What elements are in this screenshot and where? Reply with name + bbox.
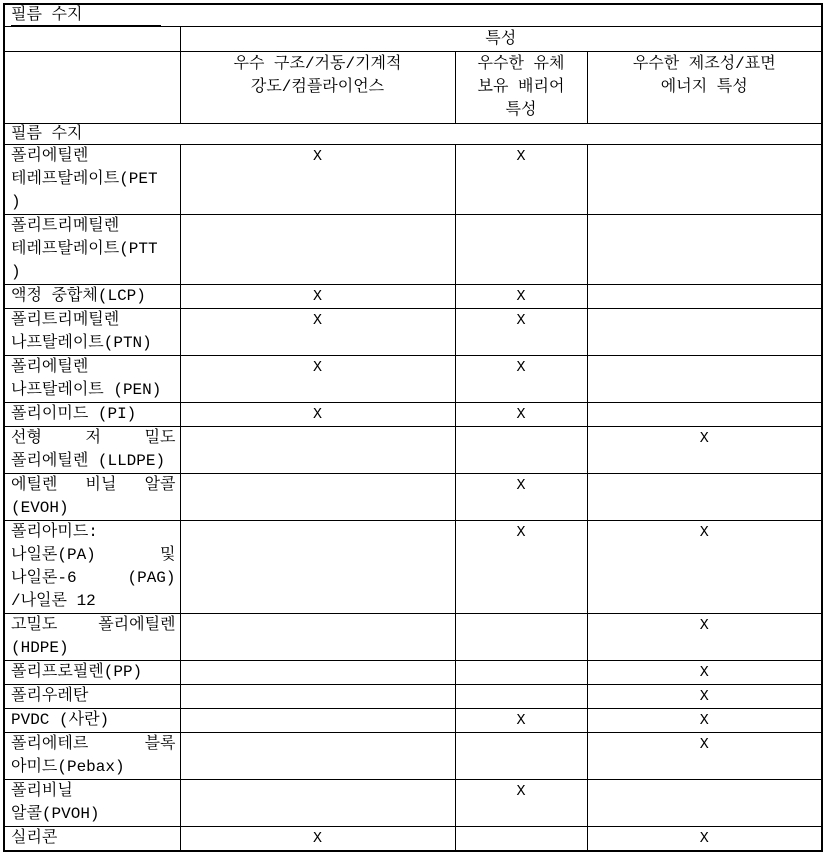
mark-cell: X — [180, 827, 455, 852]
resin-name-line: 고밀도 폴리에틸렌 — [11, 614, 176, 637]
resin-name-cell: 폴리프로필렌(PP) — [4, 661, 180, 685]
table-row: 실리콘XX — [4, 827, 822, 852]
empty-mark-cell — [180, 780, 455, 827]
empty-mark-cell — [587, 403, 822, 427]
table-row: 폴리트리메틸렌나프탈레이트(PTN)XX — [4, 309, 822, 356]
column-header-line: 우수한 제조성/표면 — [590, 53, 820, 76]
mark-cell: X — [180, 285, 455, 309]
mark-cell: X — [455, 285, 587, 309]
resin-name-cell: 폴리에틸렌나프탈레이트 (PEN) — [4, 356, 180, 403]
mark-cell: X — [587, 709, 822, 733]
column-header-line: 우수 구조/거동/기계적 — [183, 53, 453, 76]
empty-mark-cell — [587, 356, 822, 403]
empty-mark-cell — [455, 685, 587, 709]
mark-cell: X — [587, 685, 822, 709]
empty-mark-cell — [455, 661, 587, 685]
resin-name-line: 폴리에틸렌 (LLDPE) — [11, 450, 176, 473]
empty-mark-cell — [455, 733, 587, 780]
resin-name-line: /나일론 12 — [11, 590, 176, 613]
resin-name-cell: 폴리트리메틸렌나프탈레이트(PTN) — [4, 309, 180, 356]
mark-cell: X — [455, 309, 587, 356]
empty-mark-cell — [180, 474, 455, 521]
resin-name-cell: 고밀도 폴리에틸렌(HDPE) — [4, 614, 180, 661]
resin-name-cell: 에틸렌 비닐 알콜(EVOH) — [4, 474, 180, 521]
column-header-fluid-barrier: 우수한 유체보유 배리어특성 — [455, 52, 587, 124]
table-title-cell: 필름 수지 — [4, 4, 822, 27]
resin-name-line: (EVOH) — [11, 497, 176, 520]
mark-cell: X — [455, 709, 587, 733]
empty-mark-cell — [180, 521, 455, 614]
mark-cell: X — [180, 145, 455, 215]
resin-name-cell: PVDC (사란) — [4, 709, 180, 733]
resin-name-line: 폴리트리메틸렌 — [11, 215, 176, 238]
table-row: 폴리프로필렌(PP)X — [4, 661, 822, 685]
resin-name-cell: 액정 중합체(LCP) — [4, 285, 180, 309]
table-row: 폴리아미드:나일론(PA) 및나일론-6 (PAG)/나일론 12XX — [4, 521, 822, 614]
table-row: 에틸렌 비닐 알콜(EVOH)X — [4, 474, 822, 521]
column-header-structure-mechanical: 우수 구조/거동/기계적강도/컴플라이언스 — [180, 52, 455, 124]
empty-mark-cell — [587, 285, 822, 309]
empty-mark-cell — [587, 145, 822, 215]
resin-name-line: 액정 중합체(LCP) — [11, 285, 176, 308]
table-row: 폴리우레탄X — [4, 685, 822, 709]
resin-name-cell: 폴리에테르 블록아미드(Pebax) — [4, 733, 180, 780]
empty-mark-cell — [455, 427, 587, 474]
resin-name-line: 폴리트리메틸렌 — [11, 309, 176, 332]
empty-mark-cell — [455, 614, 587, 661]
mark-cell: X — [180, 356, 455, 403]
resin-name-line: 테레프탈레이트(PET — [11, 168, 176, 191]
table-title: 필름 수지 — [11, 6, 161, 26]
column-header-line: 우수한 유체 — [458, 53, 585, 76]
resin-name-line: 폴리프로필렌(PP) — [11, 661, 176, 684]
empty-mark-cell — [455, 827, 587, 852]
mark-cell: X — [455, 474, 587, 521]
section-label: 필름 수지 — [4, 124, 822, 145]
resin-name-cell: 폴리비닐알콜(PVOH) — [4, 780, 180, 827]
mark-cell: X — [455, 780, 587, 827]
table-row: 폴리에테르 블록아미드(Pebax)X — [4, 733, 822, 780]
section-row: 필름 수지 — [4, 124, 822, 145]
column-header-manufacturability-surface: 우수한 제조성/표면에너지 특성 — [587, 52, 822, 124]
mark-cell: X — [455, 356, 587, 403]
resin-name-line: PVDC (사란) — [11, 709, 176, 732]
table-row: PVDC (사란)XX — [4, 709, 822, 733]
resin-name-cell: 폴리이미드 (PI) — [4, 403, 180, 427]
resin-name-line: 테레프탈레이트(PTT — [11, 238, 176, 261]
resin-name-line: 폴리우레탄 — [11, 685, 176, 708]
resin-name-cell: 실리콘 — [4, 827, 180, 852]
mark-cell: X — [587, 733, 822, 780]
header-group-label: 특성 — [180, 27, 822, 52]
column-header-line: 에너지 특성 — [590, 76, 820, 99]
resin-name-line: 나프탈레이트 (PEN) — [11, 379, 176, 402]
empty-mark-cell — [587, 309, 822, 356]
mark-cell: X — [455, 145, 587, 215]
table-row: 액정 중합체(LCP)XX — [4, 285, 822, 309]
column-header-line: 강도/컴플라이언스 — [183, 76, 453, 99]
resin-name-cell: 폴리아미드:나일론(PA) 및나일론-6 (PAG)/나일론 12 — [4, 521, 180, 614]
resin-name-line: ) — [11, 261, 176, 284]
resin-name-line: 나일론-6 (PAG) — [11, 567, 176, 590]
row-header-corner-cell — [4, 52, 180, 124]
table-row: 폴리이미드 (PI)XX — [4, 403, 822, 427]
resin-name-cell: 폴리우레탄 — [4, 685, 180, 709]
table-row: 폴리비닐알콜(PVOH)X — [4, 780, 822, 827]
header-columns-row: 우수 구조/거동/기계적강도/컴플라이언스우수한 유체보유 배리어특성우수한 제… — [4, 52, 822, 124]
resin-name-line: 폴리에틸렌 — [11, 145, 176, 168]
resin-name-line: 실리콘 — [11, 827, 176, 850]
resin-name-line: 선형 저 밀도 — [11, 427, 176, 450]
empty-mark-cell — [455, 215, 587, 285]
header-corner-cell — [4, 27, 180, 52]
mark-cell: X — [180, 309, 455, 356]
empty-mark-cell — [180, 215, 455, 285]
mark-cell: X — [455, 521, 587, 614]
table-row: 고밀도 폴리에틸렌(HDPE)X — [4, 614, 822, 661]
empty-mark-cell — [180, 614, 455, 661]
resin-name-line: 폴리이미드 (PI) — [11, 403, 176, 426]
mark-cell: X — [587, 614, 822, 661]
resin-name-cell: 폴리에틸렌테레프탈레이트(PET) — [4, 145, 180, 215]
table-row: 폴리에틸렌테레프탈레이트(PET)XX — [4, 145, 822, 215]
empty-mark-cell — [180, 685, 455, 709]
resin-name-line: 나일론(PA) 및 — [11, 544, 176, 567]
mark-cell: X — [180, 403, 455, 427]
table-row: 폴리에틸렌나프탈레이트 (PEN)XX — [4, 356, 822, 403]
empty-mark-cell — [180, 661, 455, 685]
empty-mark-cell — [180, 709, 455, 733]
resin-name-line: (HDPE) — [11, 637, 176, 660]
resin-name-line: 폴리에테르 블록 — [11, 733, 176, 756]
resin-name-line: 폴리에틸렌 — [11, 356, 176, 379]
resin-name-line: ) — [11, 191, 176, 214]
mark-cell: X — [587, 827, 822, 852]
mark-cell: X — [587, 427, 822, 474]
resin-name-line: 나프탈레이트(PTN) — [11, 332, 176, 355]
table-title-row: 필름 수지 — [4, 4, 822, 27]
resin-name-line: 아미드(Pebax) — [11, 756, 176, 779]
mark-cell: X — [587, 661, 822, 685]
resin-name-line: 에틸렌 비닐 알콜 — [11, 474, 176, 497]
resin-name-line: 알콜(PVOH) — [11, 803, 176, 826]
empty-mark-cell — [587, 780, 822, 827]
header-group-row: 특성 — [4, 27, 822, 52]
resin-name-line: 폴리비닐 — [11, 780, 176, 803]
resin-name-cell: 폴리트리메틸렌테레프탈레이트(PTT) — [4, 215, 180, 285]
film-resin-table: 필름 수지 특성 우수 구조/거동/기계적강도/컴플라이언스우수한 유체보유 배… — [3, 3, 823, 852]
empty-mark-cell — [180, 427, 455, 474]
empty-mark-cell — [587, 474, 822, 521]
column-header-line: 특성 — [458, 99, 585, 122]
column-header-line: 보유 배리어 — [458, 76, 585, 99]
empty-mark-cell — [587, 215, 822, 285]
mark-cell: X — [587, 521, 822, 614]
table-row: 폴리트리메틸렌테레프탈레이트(PTT) — [4, 215, 822, 285]
resin-name-cell: 선형 저 밀도폴리에틸렌 (LLDPE) — [4, 427, 180, 474]
mark-cell: X — [455, 403, 587, 427]
resin-name-line: 폴리아미드: — [11, 521, 176, 544]
empty-mark-cell — [180, 733, 455, 780]
table-row: 선형 저 밀도폴리에틸렌 (LLDPE)X — [4, 427, 822, 474]
